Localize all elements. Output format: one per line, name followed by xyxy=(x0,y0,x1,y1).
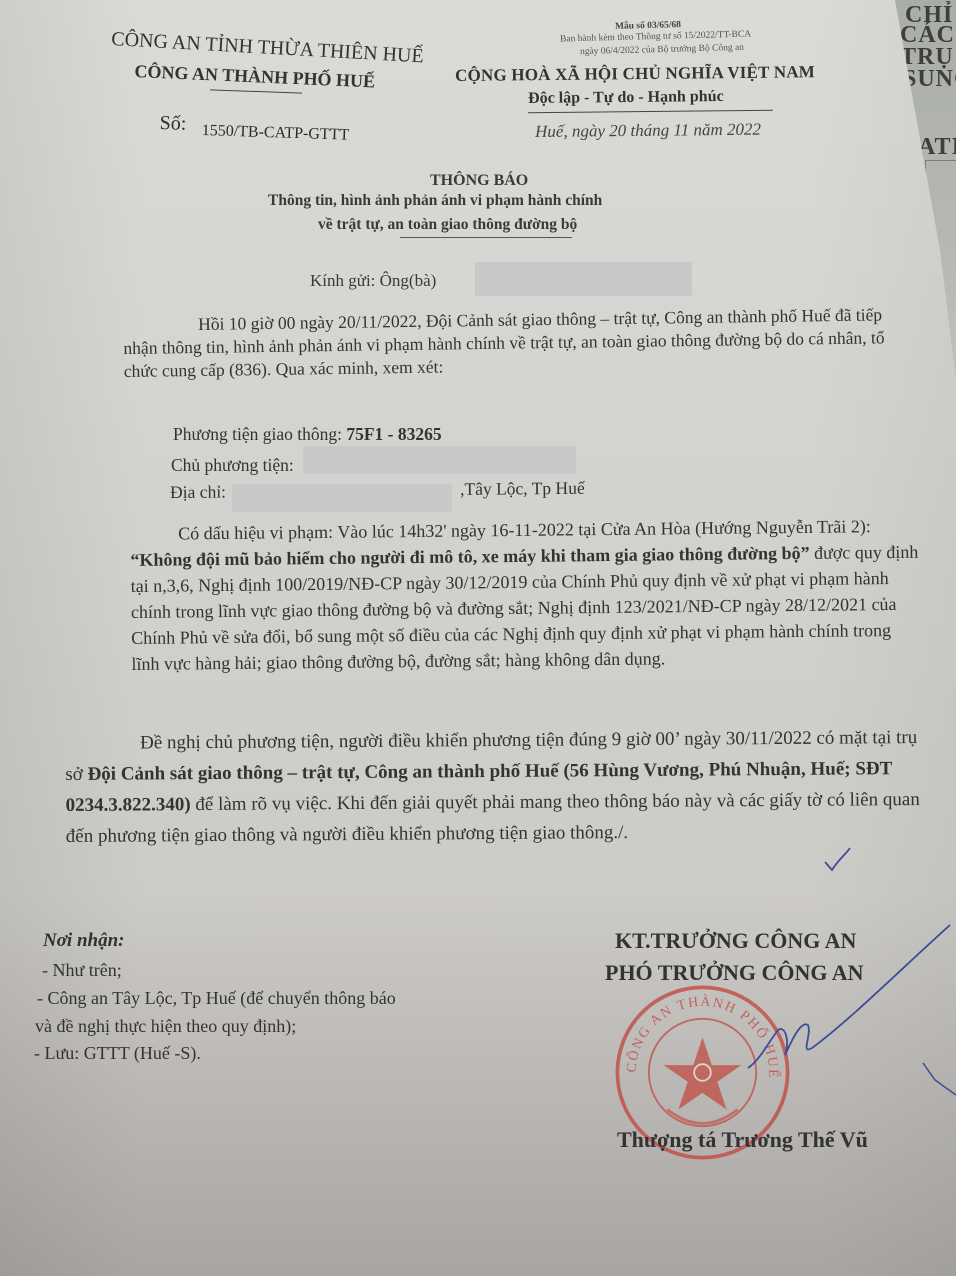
signer-name: Thượng tá Trương Thế Vũ xyxy=(617,1127,868,1153)
redacted-recipient-name xyxy=(475,262,692,296)
background-page-text: ATI xyxy=(918,134,956,161)
place-date: Huế, ngày 20 tháng 11 năm 2022 xyxy=(535,120,761,142)
recipients-title: Nơi nhận: xyxy=(43,930,124,952)
violation-prefix: Có dấu hiệu vi phạm: Vào lúc 14h32' ngày… xyxy=(178,516,871,543)
republic-heading: CỘNG HOÀ XÃ HỘI CHỦ NGHĨA VIỆT NAM xyxy=(455,62,815,86)
agency-underline xyxy=(210,89,302,93)
signature-title-line2: PHÓ TRƯỞNG CÔNG AN xyxy=(605,960,864,986)
vehicle-field: Phương tiện giao thông: 75F1 - 83265 xyxy=(173,424,442,445)
violation-description: “Không đội mũ bảo hiểm cho người đi mô t… xyxy=(130,543,809,570)
vehicle-plate: 75F1 - 83265 xyxy=(346,424,441,444)
document-number: 1550/TB-CATP-GTTT xyxy=(201,122,349,145)
subject-underline xyxy=(400,237,572,238)
recipient-item: - Lưu: GTTT (Huế -S). xyxy=(34,1043,201,1064)
greeting: Kính gửi: Ông(bà) xyxy=(310,271,436,291)
document-number-label: Số: xyxy=(159,112,186,136)
form-number: Mẫu số 03/65/68 xyxy=(615,20,681,32)
form-reference-line2: ngày 06/4/2022 của Bộ trưởng Bộ Công an xyxy=(580,43,744,57)
notice-document: Mẫu số 03/65/68 Ban hành kèm theo Thông … xyxy=(0,0,956,1276)
request-paragraph: Đề nghị chủ phương tiện, người điều khiể… xyxy=(65,722,936,852)
vehicle-label: Phương tiện giao thông: xyxy=(173,424,342,444)
notice-title: THÔNG BÁO xyxy=(430,172,528,190)
violation-paragraph: Có dấu hiệu vi phạm: Vào lúc 14h32' ngày… xyxy=(130,513,922,677)
national-motto: Độc lập - Tự do - Hạnh phúc xyxy=(528,88,724,108)
redacted-address xyxy=(232,484,452,512)
owner-label: Chủ phương tiện: xyxy=(171,455,294,475)
agency-name: CÔNG AN THÀNH PHỐ HUẾ xyxy=(134,61,375,92)
signature-title-line1: KT.TRƯỞNG CÔNG AN xyxy=(615,928,856,954)
form-reference-line1: Ban hành kèm theo Thông tư số 15/2022/TT… xyxy=(560,29,751,44)
notice-subject-line1: Thông tin, hình ảnh phản ánh vi phạm hàn… xyxy=(268,192,602,210)
motto-underline xyxy=(528,110,773,114)
owner-field: Chủ phương tiện: xyxy=(171,455,294,476)
recipient-item: - Như trên; xyxy=(42,960,122,981)
recipient-item: - Công an Tây Lộc, Tp Huế (để chuyển thô… xyxy=(37,988,396,1009)
redacted-owner-name xyxy=(303,446,576,474)
recipient-item: và đề nghị thực hiện theo quy định); xyxy=(35,1016,296,1037)
address-field: Địa chỉ: ,Tây Lộc, Tp Huế xyxy=(170,481,226,503)
notice-subject-line2: về trật tự, an toàn giao thông đường bộ xyxy=(318,216,577,234)
intro-text: Hồi 10 giờ 00 ngày 20/11/2022, Đội Cảnh … xyxy=(123,304,884,381)
intro-paragraph: Hồi 10 giờ 00 ngày 20/11/2022, Đội Cảnh … xyxy=(123,303,904,383)
address-label: Địa chỉ: xyxy=(170,481,226,502)
address-suffix: ,Tây Lộc, Tp Huế xyxy=(460,478,585,500)
checkmark-icon xyxy=(825,848,850,870)
request-suffix: để làm rõ vụ việc. Khi đến giải quyết ph… xyxy=(66,789,920,847)
